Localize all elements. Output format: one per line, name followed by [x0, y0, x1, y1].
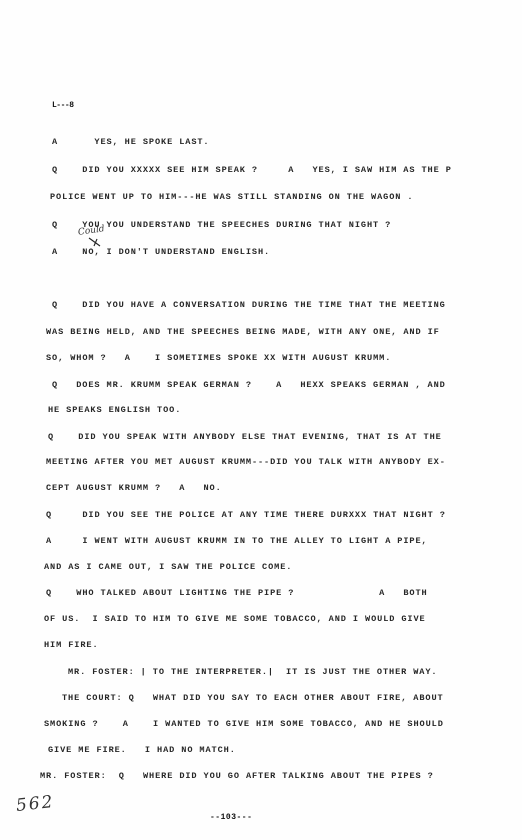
- transcript-line: Q DID YOU SPEAK WITH ANYBODY ELSE THAT E…: [48, 432, 442, 442]
- strikethrough-mark-icon: [88, 237, 102, 247]
- transcript-line: WAS BEING HELD, AND THE SPEECHES BEING M…: [46, 327, 440, 337]
- header-mark: L---8: [52, 101, 74, 110]
- transcript-line: A I WENT WITH AUGUST KRUMM IN TO THE ALL…: [46, 536, 428, 546]
- transcript-line: HIM FIRE.: [44, 640, 99, 650]
- transcript-line: HE SPEAKS ENGLISH TOO.: [48, 405, 181, 415]
- page-number: --103---: [210, 813, 252, 822]
- transcript-line: CEPT AUGUST KRUMM ? A NO.: [46, 483, 222, 493]
- transcript-line: GIVE ME FIRE. I HAD NO MATCH.: [48, 745, 236, 755]
- transcript-line: SO, WHOM ? A I SOMETIMES SPOKE XX WITH A…: [46, 353, 391, 363]
- transcript-line: Q DID YOU XXXXX SEE HIM SPEAK ? A YES, I…: [52, 165, 452, 175]
- transcript-line: POLICE WENT UP TO HIM---HE WAS STILL STA…: [50, 192, 413, 202]
- handwritten-annotation: Could: [77, 224, 105, 238]
- transcript-line: MR. FOSTER: | TO THE INTERPRETER.| IT IS…: [68, 667, 437, 677]
- transcript-line: OF US. I SAID TO HIM TO GIVE ME SOME TOB…: [44, 614, 426, 624]
- handwritten-folio-number: 562: [15, 792, 55, 816]
- transcript-line: SMOKING ? A I WANTED TO GIVE HIM SOME TO…: [44, 719, 444, 729]
- transcript-line: AND AS I CAME OUT, I SAW THE POLICE COME…: [44, 562, 292, 572]
- transcript-line: Q DID YOU HAVE A CONVERSATION DURING THE…: [52, 300, 446, 310]
- transcript-line: MEETING AFTER YOU MET AUGUST KRUMM---DID…: [46, 457, 446, 467]
- transcript-line: MR. FOSTER: Q WHERE DID YOU GO AFTER TAL…: [40, 771, 434, 781]
- transcript-line: Q DID YOU SEE THE POLICE AT ANY TIME THE…: [46, 510, 446, 520]
- transcript-line: A YES, HE SPOKE LAST.: [52, 137, 209, 147]
- transcript-line: Q WHO TALKED ABOUT LIGHTING THE PIPE ? A…: [46, 588, 428, 598]
- document-page: L---8 A YES, HE SPOKE LAST.Q DID YOU XXX…: [0, 0, 522, 840]
- transcript-line: THE COURT: Q WHAT DID YOU SAY TO EACH OT…: [62, 693, 444, 703]
- transcript-line: A NO, I DON'T UNDERSTAND ENGLISH.: [52, 247, 270, 257]
- transcript-line: Q DOES MR. KRUMM SPEAK GERMAN ? A HEXX S…: [52, 380, 446, 390]
